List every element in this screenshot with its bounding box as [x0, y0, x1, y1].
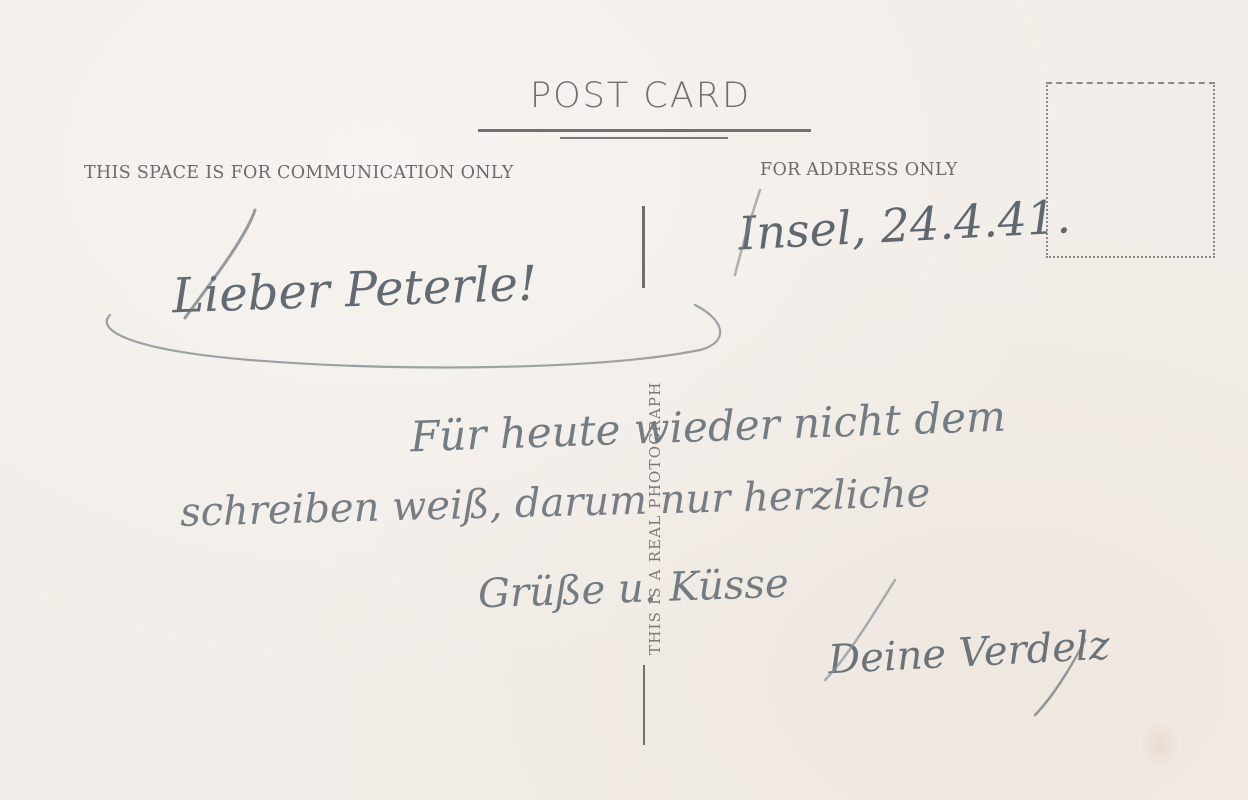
communication-label: THIS SPACE IS FOR COMMUNICATION ONLY: [84, 163, 514, 183]
paper-stain: [1140, 720, 1180, 770]
postcard-title: POST CARD: [530, 76, 751, 116]
title-underline: [478, 129, 811, 132]
center-divider-bottom: [643, 665, 645, 745]
title-underline-short: [560, 137, 728, 139]
center-divider-top: [642, 206, 645, 288]
address-label: FOR ADDRESS ONLY: [760, 160, 958, 180]
